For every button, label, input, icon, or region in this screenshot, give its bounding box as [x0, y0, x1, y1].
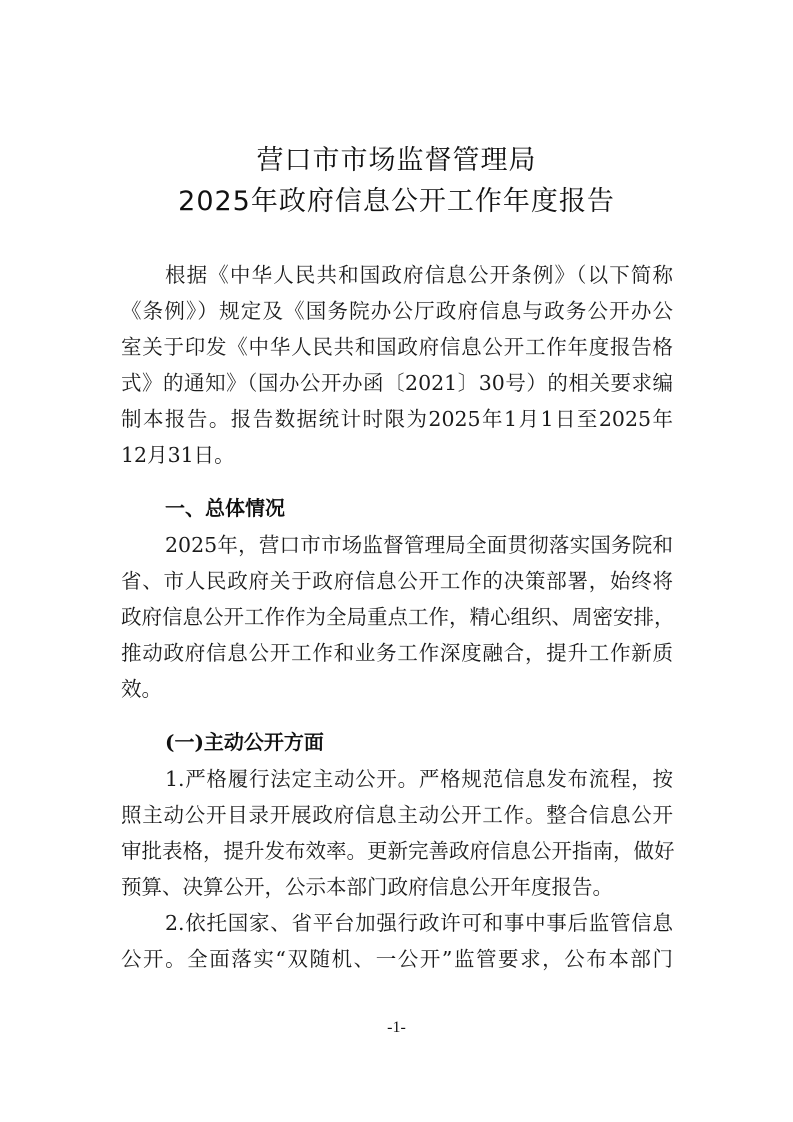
paragraph-line: 室关于印发《中华人民共和国政府信息公开工作年度报告格 — [121, 329, 673, 365]
paragraph-line: 《条例》）规定及《国务院办公厅政府信息与政务公开办公 — [121, 293, 673, 329]
paragraph-line: 12月31日。 — [121, 437, 673, 473]
paragraph-line: 审批表格，提升发布效率。更新完善政府信息公开指南，做好 — [121, 833, 673, 869]
paragraph-line: 政府信息公开工作作为全局重点工作，精心组织、周密安排， — [121, 599, 673, 635]
document-title-line2: 2025年政府信息公开工作年度报告 — [0, 179, 793, 218]
paragraph-line: 预算、决算公开，公示本部门政府信息公开年度报告。 — [121, 869, 673, 905]
paragraph-line: 照主动公开目录开展政府信息主动公开工作。整合信息公开 — [121, 797, 673, 833]
paragraph-line: 省、市人民政府关于政府信息公开工作的决策部署，始终将 — [121, 563, 673, 599]
page-number: -1- — [0, 1019, 793, 1037]
document-title-line1: 营口市市场监督管理局 — [0, 138, 793, 177]
paragraph-line: 2025年，营口市市场监督管理局全面贯彻落实国务院和 — [165, 527, 673, 563]
paragraph-line: 效。 — [121, 671, 673, 707]
document-page: 营口市市场监督管理局 2025年政府信息公开工作年度报告 根据《中华人民共和国政… — [0, 0, 793, 1122]
paragraph-line: 制本报告。报告数据统计时限为2025年1月1日至2025年 — [121, 401, 673, 437]
section-heading-overall: 一、总体情况 — [165, 490, 285, 526]
paragraph-line: 公开。全面落实“双随机、一公开”监管要求，公布本部门 — [121, 941, 673, 977]
paragraph-line: 根据《中华人民共和国政府信息公开条例》（以下简称 — [165, 257, 673, 293]
subsection-heading-proactive-disclosure: (一)主动公开方面 — [165, 724, 324, 760]
paragraph-line: 1.严格履行法定主动公开。严格规范信息发布流程，按 — [165, 761, 673, 797]
paragraph-line: 式》的通知》（国办公开办函〔2021〕30号）的相关要求编 — [121, 365, 673, 401]
paragraph-line: 推动政府信息公开工作和业务工作深度融合，提升工作新质 — [121, 635, 673, 671]
paragraph-line: 2.依托国家、省平台加强行政许可和事中事后监管信息 — [165, 905, 673, 941]
